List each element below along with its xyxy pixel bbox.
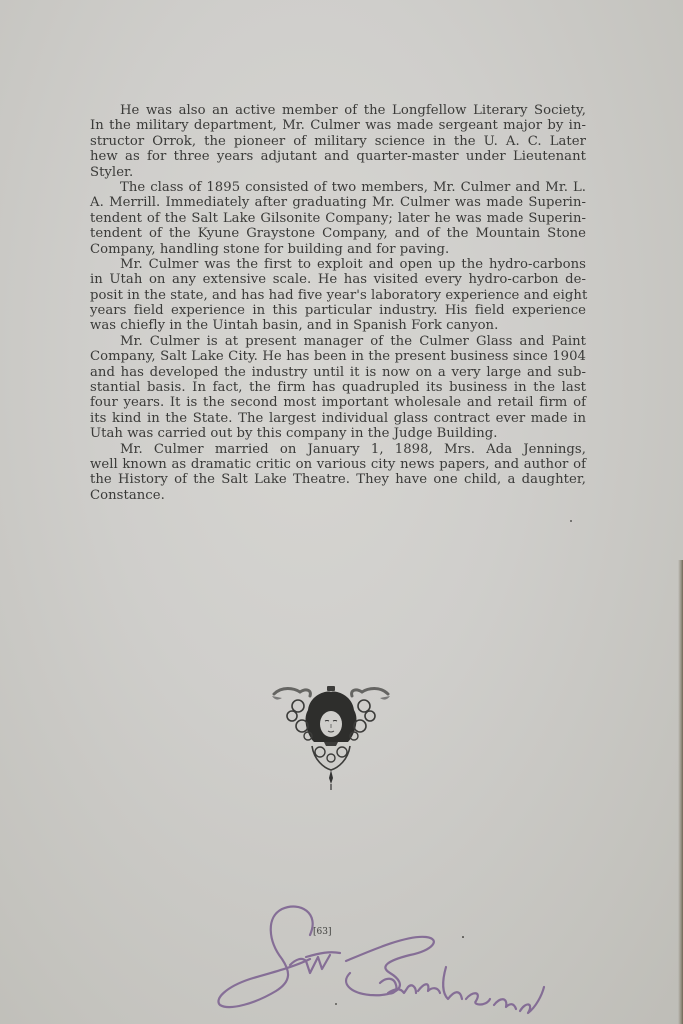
art-nouveau-ornament-icon [268, 680, 394, 792]
text-line: Utah was carried out by this company in … [90, 426, 586, 441]
text-line: Styler. [90, 165, 586, 180]
paragraph: Mr. Culmer was the first to exploit and … [90, 257, 586, 334]
text-line: In the military department, Mr. Culmer w… [90, 118, 586, 133]
paragraph: The class of 1895 consisted of two membe… [90, 180, 586, 257]
text-line: stantial basis. In fact, the firm has qu… [90, 380, 586, 395]
text-line: A. Merrill. Immediately after graduating… [90, 195, 586, 210]
text-line: Company, handling stone for building and… [90, 242, 586, 257]
text-line: posit in the state, and has had five yea… [90, 288, 586, 303]
handwritten-signature [210, 895, 550, 1024]
text-line: tendent of the Kyune Graystone Company, … [90, 226, 586, 241]
text-line: Mr. Culmer is at present manager of the … [90, 334, 586, 349]
text-line: Mr. Culmer was the first to exploit and … [90, 257, 586, 272]
page-edge-shadow [678, 560, 683, 1024]
text-line: its kind in the State. The largest indiv… [90, 411, 586, 426]
body-text: He was also an active member of the Long… [90, 103, 586, 503]
text-line: well known as dramatic critic on various… [90, 457, 586, 472]
text-line: hew as for three years adjutant and quar… [90, 149, 586, 164]
book-page: He was also an active member of the Long… [0, 0, 683, 1024]
paper-speck [462, 936, 464, 938]
text-line: and has developed the industry until it … [90, 365, 586, 380]
text-line: four years. It is the second most import… [90, 395, 586, 410]
text-line: Constance. [90, 488, 586, 503]
text-line: the History of the Salt Lake Theatre. Th… [90, 472, 586, 487]
text-line: in Utah on any extensive scale. He has v… [90, 272, 586, 287]
paper-speck [335, 1003, 337, 1005]
paragraph: Mr. Culmer is at present manager of the … [90, 334, 586, 442]
text-line: structor Orrok, the pioneer of military … [90, 134, 586, 149]
text-line: tendent of the Salt Lake Gilsonite Compa… [90, 211, 586, 226]
paragraph: Mr. Culmer married on January 1, 1898, M… [90, 442, 586, 504]
text-line: Mr. Culmer married on January 1, 1898, M… [90, 442, 586, 457]
paragraph: He was also an active member of the Long… [90, 103, 586, 180]
text-line: Company, Salt Lake City. He has been in … [90, 349, 586, 364]
text-line: years field experience in this particula… [90, 303, 586, 318]
text-line: was chiefly in the Uintah basin, and in … [90, 318, 586, 333]
text-line: He was also an active member of the Long… [90, 103, 586, 118]
text-line: The class of 1895 consisted of two membe… [90, 180, 586, 195]
paper-speck [570, 520, 572, 522]
